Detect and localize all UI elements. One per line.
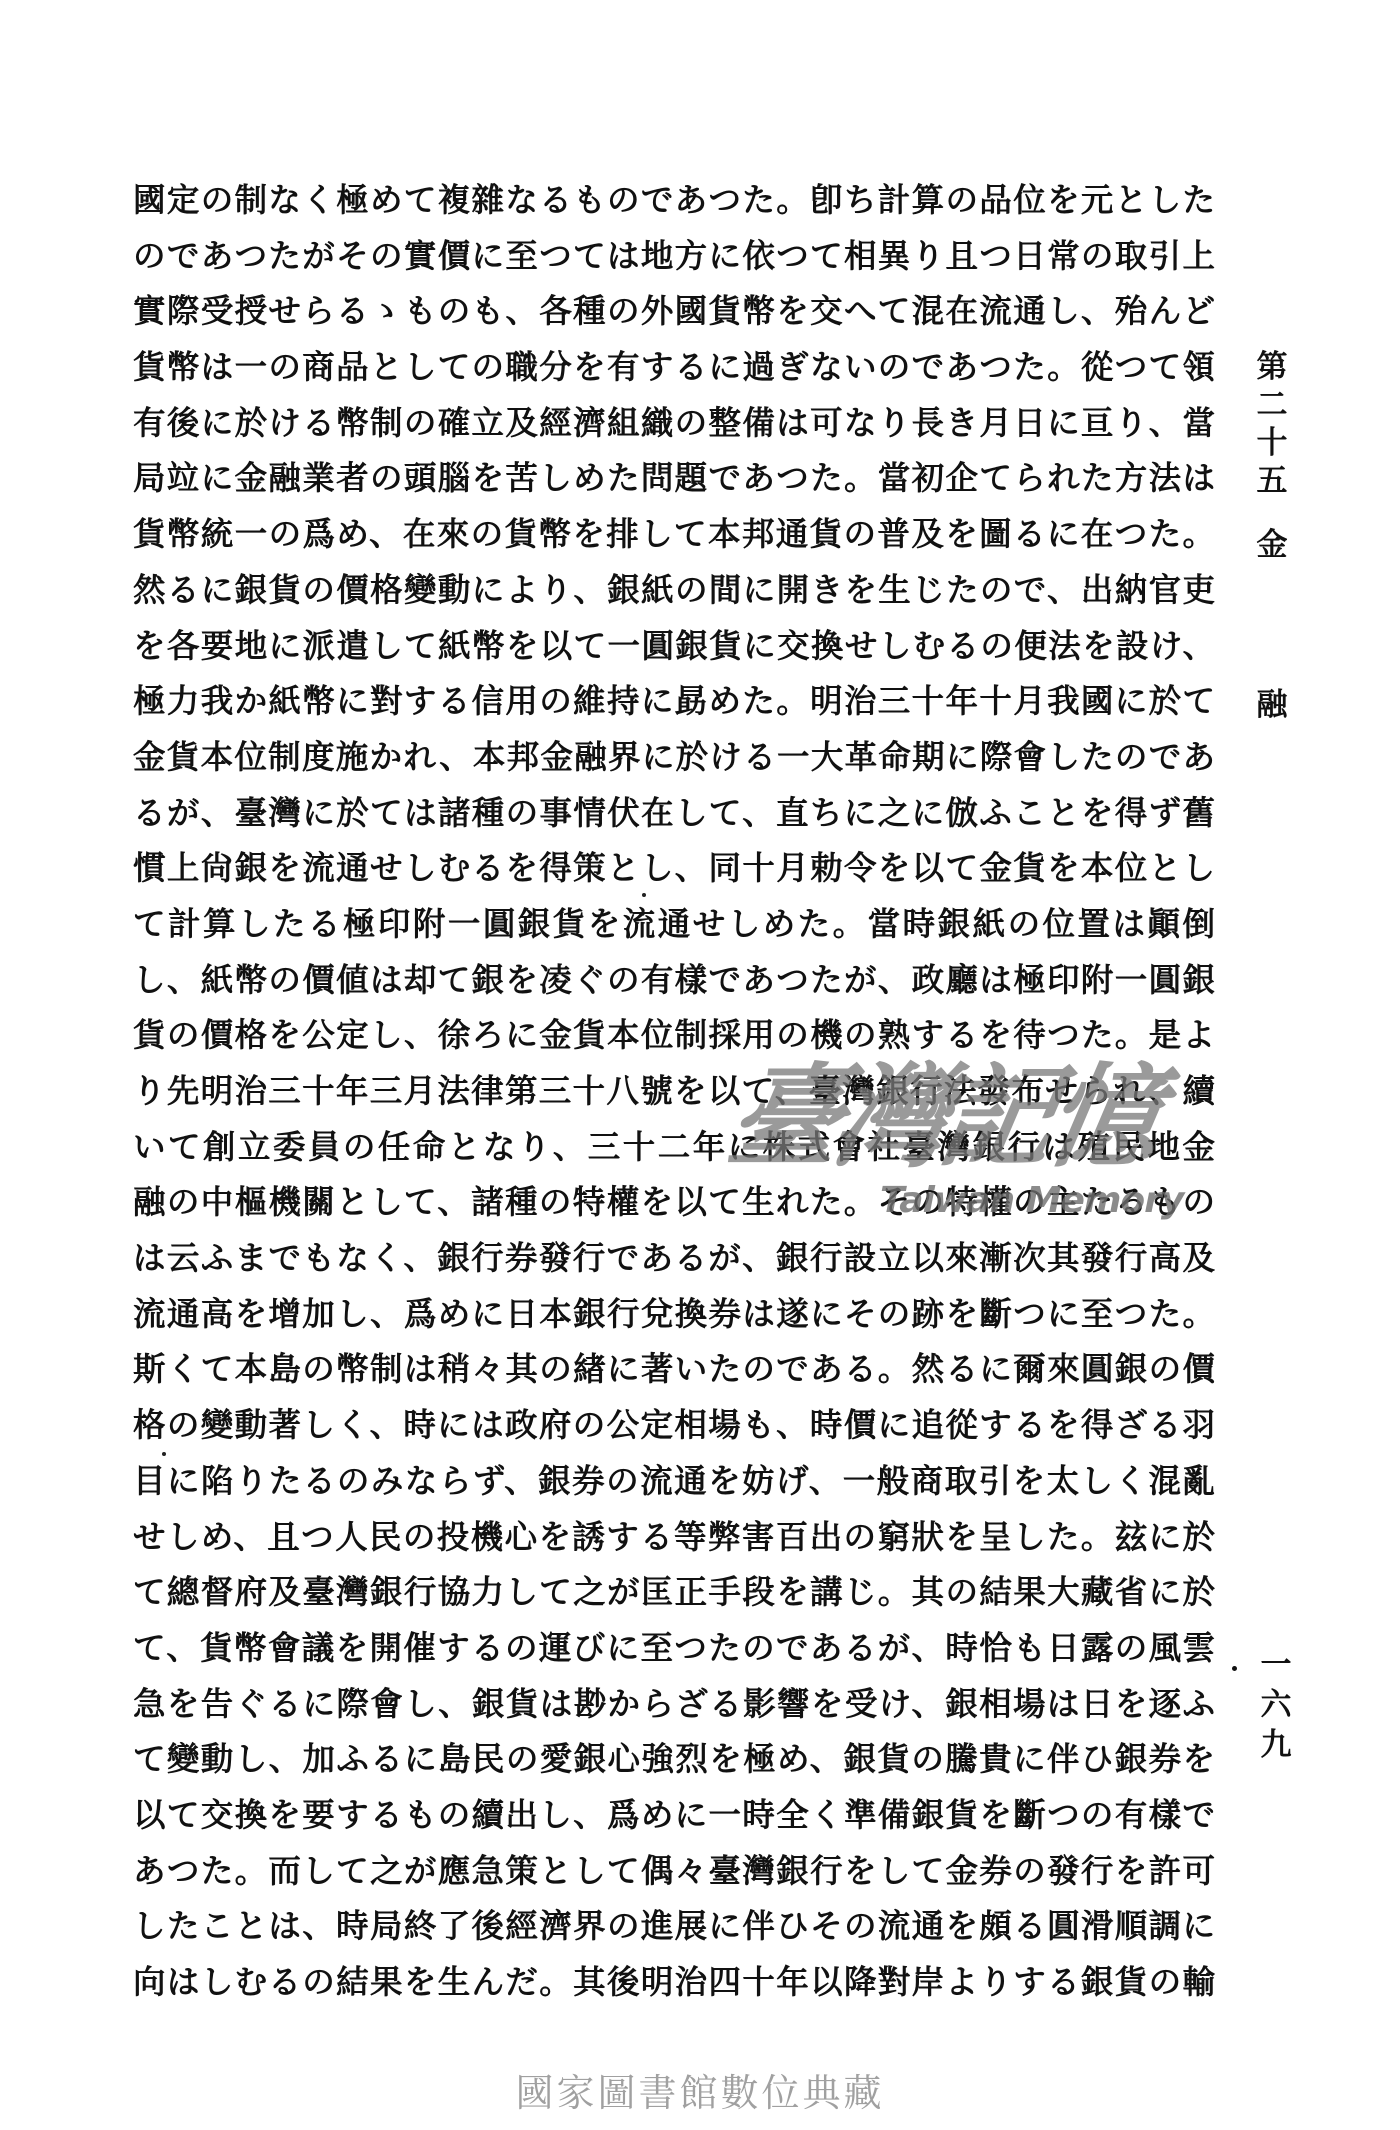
page-number-char: 一 (1256, 1650, 1296, 1690)
text-line: 目に陷りたるのみならず、銀券の流通を妨げ、一般商取引を太しく混亂 (133, 1453, 1215, 1509)
text-line: 流通高を增加し、爲めに日本銀行兌換券は遂にその跡を斷つに至つた。 (133, 1286, 1215, 1342)
running-head-char: 十 (1252, 428, 1292, 466)
running-head-char: 第 (1252, 352, 1292, 390)
page-number-dot (1232, 1666, 1237, 1671)
running-head-char: 二 (1252, 390, 1292, 428)
text-line: 急を告ぐるに際會し、銀貨は尠からざる影響を受け、銀相場は日を逐ふ (133, 1676, 1215, 1732)
text-line: 貨幣は一の商品としての職分を有するに過ぎないのであつた。從つて領 (133, 339, 1215, 395)
text-line: て總督府及臺灣銀行協力して之が匡正手段を講じ。其の結果大藏省に於 (133, 1564, 1215, 1620)
text-line: 國定の制なく極めて複雜なるものであつた。卽ち計算の品位を元とした (133, 172, 1215, 228)
text-line: 有後に於ける幣制の確立及經濟組織の整備は可なり長き月日に亘り、當 (133, 395, 1215, 451)
text-line: て變動し、加ふるに島民の愛銀心強烈を極め、銀貨の騰貴に伴ひ銀券を (133, 1731, 1215, 1787)
running-head-chapter-title: 金 (1252, 530, 1292, 561)
text-line: 貨幣統一の爲め、在來の貨幣を排して本邦通貨の普及を圖るに在つた。 (133, 506, 1215, 562)
running-head-char: 金 (1252, 530, 1292, 561)
text-line: て計算したる極印附一圓銀貨を流通せしめた。當時銀紙の位置は顚倒 (133, 896, 1215, 952)
running-head-chapter-title: 融 (1252, 690, 1292, 721)
text-line: は云ふまでもなく、銀行券發行であるが、銀行設立以來漸次其發行高及 (133, 1230, 1215, 1286)
text-line: せしめ、且つ人民の投機心を誘する等弊害百出の窮狀を呈した。玆に於 (133, 1509, 1215, 1565)
library-footer: 國家圖書館數位典藏 (0, 2062, 1400, 2117)
text-line: り先明治三十年三月法律第三十八號を以て、臺灣銀行法發布せられ、續 (133, 1063, 1215, 1119)
text-line: 斯くて本島の幣制は稍々其の緖に著いたのである。然るに爾來圓銀の價 (133, 1341, 1215, 1397)
text-line: 慣上尙銀を流通せしむるを得策とし、同十月勅令を以て金貨を本位とし (133, 840, 1215, 896)
text-line: 貨の價格を公定し、徐ろに金貨本位制採用の機の熟するを待つた。是よ (133, 1007, 1215, 1063)
text-line: 格の變動著しく、時には政府の公定相場も、時價に追從するを得ざる羽 (133, 1397, 1215, 1453)
running-head-chapter-number: 第 二 十 五 (1252, 352, 1292, 504)
text-line: を各要地に派遣して紙幣を以て一圓銀貨に交換せしむるの便法を設け、 (133, 618, 1215, 674)
text-line: いて創立委員の任命となり、三十二年に株式會社臺灣銀行は殖民地金 (133, 1119, 1215, 1175)
running-head-char: 五 (1252, 466, 1292, 504)
running-head-char: 融 (1252, 690, 1292, 721)
text-line: あつた。而して之が應急策として偶々臺灣銀行をして金券の發行を許可 (133, 1843, 1215, 1899)
print-speck (162, 1452, 166, 1456)
text-line: 金貨本位制度施かれ、本邦金融界に於ける一大革命期に際會したのであ (133, 729, 1215, 785)
print-speck (642, 893, 646, 897)
text-line: 以て交換を要するもの續出し、爲めに一時全く準備銀貨を斷つの有樣で (133, 1787, 1215, 1843)
page-number-char: 六 (1256, 1690, 1296, 1730)
page-number-char: 九 (1256, 1730, 1296, 1770)
text-line: 極力我か紙幣に對する信用の維持に勗めた。明治三十年十月我國に於て (133, 673, 1215, 729)
text-line: 然るに銀貨の價格變動により、銀紙の間に開きを生じたので、出納官吏 (133, 562, 1215, 618)
text-line: るが、臺灣に於ては諸種の事情伏在して、直ちに之に倣ふことを得ず舊 (133, 785, 1215, 841)
text-line: 向はしむるの結果を生んだ。其後明治四十年以降對岸よりする銀貨の輸 (133, 1954, 1215, 2010)
text-line: し、紙幣の價値は却て銀を凌ぐの有樣であつたが、政廳は極印附一圓銀 (133, 952, 1215, 1008)
text-line: 局竝に金融業者の頭腦を苦しめた問題であつた。當初企てられた方法は (133, 450, 1215, 506)
text-line: のであつたがその實價に至つては地方に依つて相異り且つ日常の取引上 (133, 228, 1215, 284)
text-line: 實際受授せらるゝものも、各種の外國貨幣を交へて混在流通し、殆んど (133, 283, 1215, 339)
document-page: 國定の制なく極めて複雜なるものであつた。卽ち計算の品位を元とした のであつたがそ… (0, 0, 1400, 2130)
text-line: したことは、時局終了後經濟界の進展に伴ひその流通を頗る圓滑順調に (133, 1898, 1215, 1954)
body-text: 國定の制なく極めて複雜なるものであつた。卽ち計算の品位を元とした のであつたがそ… (133, 172, 1215, 2010)
page-number: 一 六 九 (1256, 1650, 1296, 1770)
text-line: て、貨幣會議を開催するの運びに至つたのであるが、時恰も日露の風雲 (133, 1620, 1215, 1676)
text-line: 融の中樞機關として、諸種の特權を以て生れた。その特權の主たるもの (133, 1174, 1215, 1230)
